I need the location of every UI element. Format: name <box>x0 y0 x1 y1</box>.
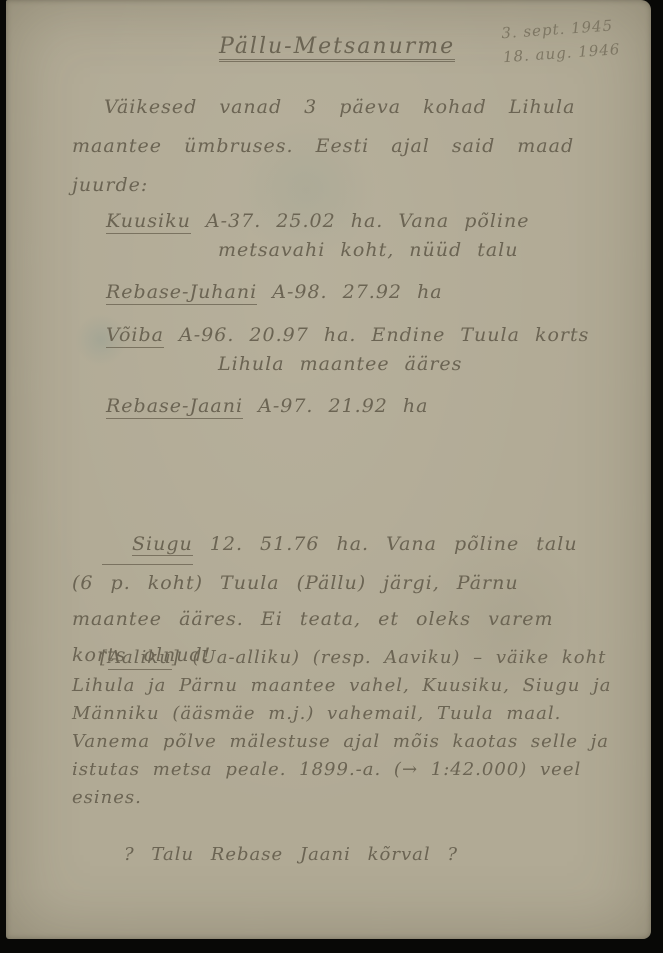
farm-entry: Rebase-Juhani A-98. 27.92 ha <box>106 277 606 307</box>
farm-name: Kuusiku <box>106 210 191 234</box>
aaliku-text: (Ua-alliku) (resp. Aaviku) – väike koht … <box>72 647 611 808</box>
bracket-open: [ <box>100 647 108 668</box>
farm-entry: Kuusiku A-37. 25.02 ha. Vana põline mets… <box>106 206 606 264</box>
farm-details-continued: Lihula maantee ääres <box>218 350 606 378</box>
aaliku-paragraph: [Aaliku] (Ua-alliku) (resp. Aaviku) – vä… <box>72 644 614 812</box>
footnote-question: ? Talu Rebase Jaani kõrval ? <box>124 844 458 865</box>
farm-details: A-96. 20.97 ha. Endine Tuula korts <box>179 324 589 346</box>
farm-name: Võiba <box>106 324 164 348</box>
intro-paragraph: Väikesed vanad 3 päeva kohad Lihula maan… <box>72 88 600 205</box>
farm-entry: Võiba A-96. 20.97 ha. Endine Tuula korts… <box>106 320 606 378</box>
bracket-close: ] <box>172 647 180 668</box>
farm-name: Rebase-Juhani <box>106 281 257 305</box>
page-title: Pällu-Metsanurme <box>219 34 455 62</box>
date-annotation: 3. sept. 1945 18. aug. 1946 <box>501 11 654 69</box>
farm-entry: Rebase-Jaani A-97. 21.92 ha <box>106 391 606 421</box>
farm-name: Siugu <box>132 533 193 556</box>
farm-details-continued: metsavahi koht, nüüd talu <box>218 236 606 264</box>
farm-details: A-37. 25.02 ha. Vana põline <box>206 210 530 232</box>
paper-sheet: 3. sept. 1945 18. aug. 1946 Pällu-Metsan… <box>6 0 651 939</box>
page-title-text: Pällu-Metsanurme <box>219 34 455 60</box>
farm-details: A-98. 27.92 ha <box>272 281 442 303</box>
farm-name: Aaliku <box>108 647 172 670</box>
farm-name: Rebase-Jaani <box>106 395 243 419</box>
farm-entry-list: Kuusiku A-37. 25.02 ha. Vana põline mets… <box>106 206 606 434</box>
scanned-page: 3. sept. 1945 18. aug. 1946 Pällu-Metsan… <box>0 0 663 953</box>
farm-details: A-97. 21.92 ha <box>258 395 428 417</box>
